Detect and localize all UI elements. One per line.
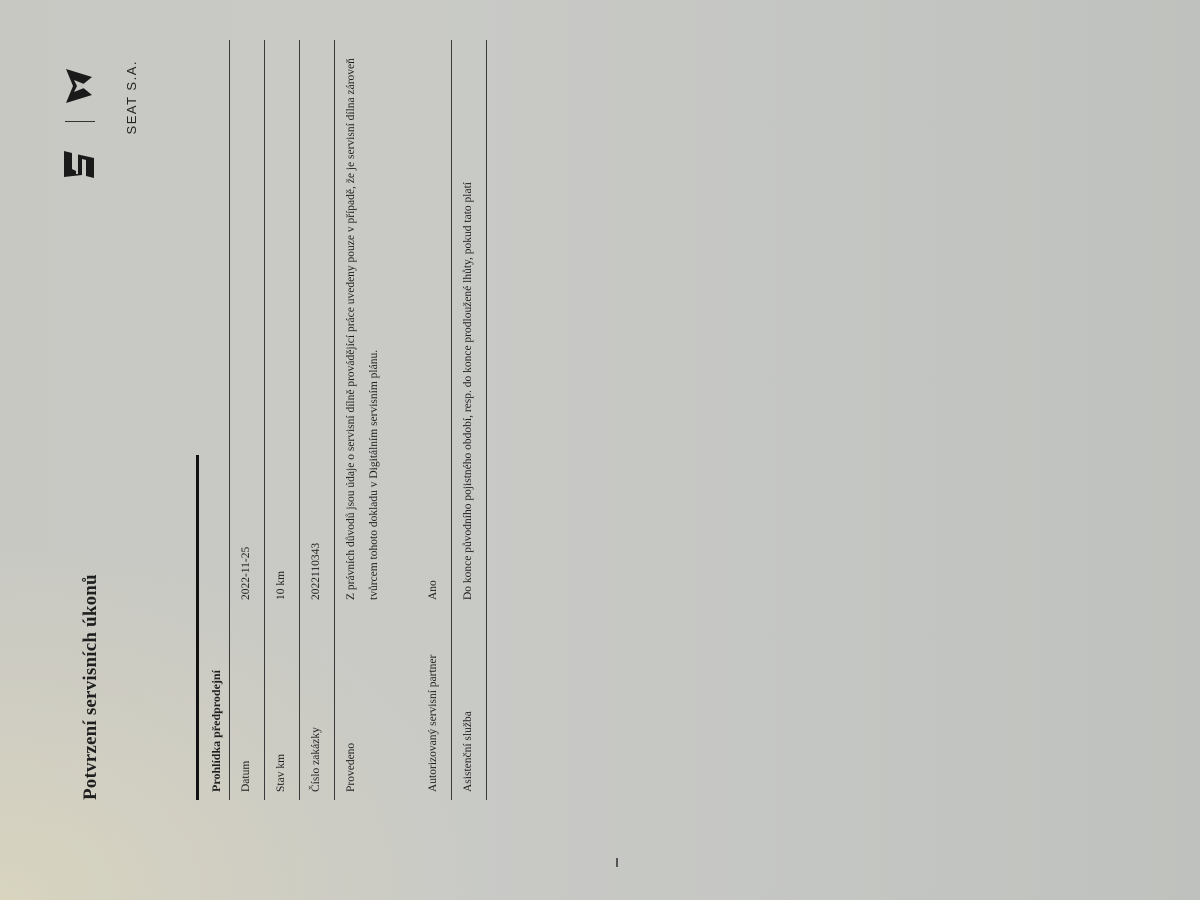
section-title: Prohlídka předprodejní	[203, 40, 229, 800]
service-section: Prohlídka předprodejní Datum 2022-11-25 …	[196, 40, 487, 800]
row-value: Do konce původního pojistného období, re…	[452, 40, 487, 608]
table-row: Stav km 10 km	[265, 40, 300, 800]
service-confirmation-document: Potvrzení servisních úkonů SEAT S.A. Pro…	[0, 0, 1200, 900]
table-row: Provedeno Z právních důvodů jsou údaje o…	[335, 40, 393, 800]
row-value: Z právních důvodů jsou údaje o servisní …	[335, 40, 393, 608]
cupra-logo-icon	[64, 68, 94, 104]
row-label: Autorizovaný servisní partner	[417, 608, 452, 800]
row-value: 10 km	[265, 40, 300, 608]
spacer-row	[392, 40, 417, 800]
table-row: Autorizovaný servisní partner Ano	[417, 40, 452, 800]
row-label: Provedeno	[335, 608, 393, 800]
seat-logo-icon	[62, 148, 96, 180]
table-row: Datum 2022-11-25	[230, 40, 265, 800]
row-label: Datum	[230, 608, 265, 800]
service-details-table: Datum 2022-11-25 Stav km 10 km Číslo zak…	[229, 40, 487, 800]
table-row: Asistenční služba Do konce původního poj…	[452, 40, 487, 800]
row-value: 2022110343	[300, 40, 335, 608]
row-label: Asistenční služba	[452, 608, 487, 800]
page-mark	[616, 858, 618, 867]
row-value: 2022-11-25	[230, 40, 265, 608]
row-label: Stav km	[265, 608, 300, 800]
table-row: Číslo zakázky 2022110343	[300, 40, 335, 800]
row-label: Číslo zakázky	[300, 608, 335, 800]
brand-logos	[62, 0, 112, 180]
logo-divider	[65, 121, 95, 122]
brand-name: SEAT S.A.	[124, 60, 139, 134]
document-title: Potvrzení servisních úkonů	[80, 574, 102, 800]
section-bar	[196, 455, 199, 800]
row-value: Ano	[417, 40, 452, 608]
